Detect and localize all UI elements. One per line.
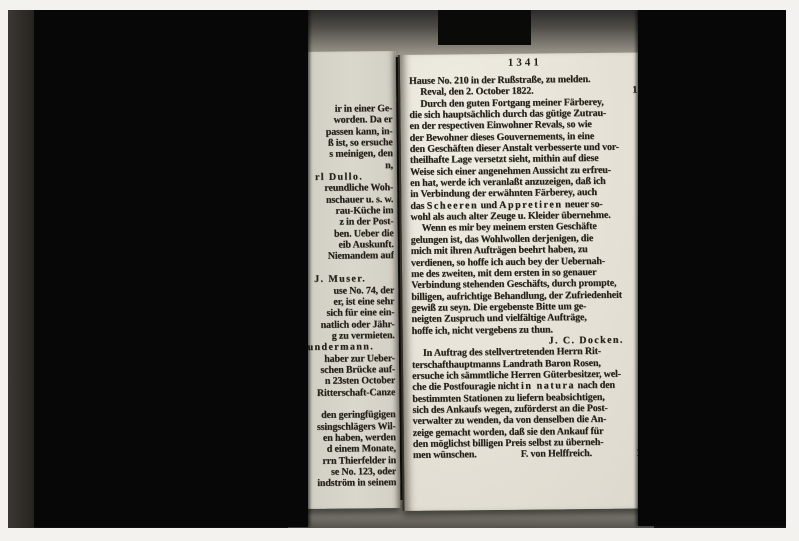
text-line (300, 262, 394, 274)
text-line: d einem Monate, (302, 443, 396, 455)
text-line: n 23sten October (301, 375, 395, 387)
text-line: haber zur Ueber- (301, 353, 395, 365)
text-line: schen Brücke auf- (301, 364, 395, 376)
text-line: indström in seinem (302, 477, 396, 489)
text-line: worden. Da er (298, 114, 392, 126)
text-line: eib Auskunft. (300, 239, 394, 251)
text-line: J. Muser. (300, 273, 394, 285)
text-line: rrn Thierfelder in (302, 455, 396, 467)
text-line: men wünschen.F. von Helffreich.1 (413, 448, 641, 462)
text-line: Niemandem auf (300, 251, 394, 263)
text-line: n, (299, 160, 393, 172)
left-page: ir in einer Ge-worden. Da erpassen kann,… (296, 51, 401, 509)
text-line: undermann. (301, 341, 395, 353)
text-line: se No. 123, oder (302, 466, 396, 478)
text-line: en haben, werden (302, 432, 396, 444)
text-line: ssingschlägers Wil- (302, 421, 396, 433)
right-mask-bar (638, 10, 786, 526)
left-page-text-column: ir in einer Ge-worden. Da erpassen kann,… (298, 103, 396, 504)
text-line: Ritterschaft-Canze (301, 387, 395, 399)
text-line: verdienen, so hoffe ich auch bey der Ueb… (411, 255, 639, 269)
right-page: 1341 Hause No. 210 in der Rußstraße, zu … (398, 52, 655, 511)
film-background: ir in einer Ge-worden. Da erpassen kann,… (8, 10, 786, 528)
text-line: che die Postfouragie nicht in natura nac… (412, 380, 640, 394)
text-line: rau-Küche im (299, 205, 393, 217)
text-line: sich für eine ein- (300, 307, 394, 319)
text-line: rl Dullo. (299, 171, 393, 183)
text-line: ben. Ueber die (300, 228, 394, 240)
text-line (301, 398, 395, 410)
text-line: nschauer u. s. w. (299, 194, 393, 206)
text-line: reundliche Woh- (299, 182, 393, 194)
text-line: z in der Post- (299, 216, 393, 228)
text-line: s meinigen, den (299, 148, 393, 160)
text-line: g zu vermieten. (301, 330, 395, 342)
text-line: use No. 74, der (300, 285, 394, 297)
text-line: ß ist, so ersuche (299, 137, 393, 149)
text-line: passen kann, in- (299, 126, 393, 138)
text-line: den geringfügigen (301, 409, 395, 421)
text-line: natlich oder Jähr- (301, 319, 395, 331)
photo-frame: ir in einer Ge-worden. Da erpassen kann,… (0, 0, 799, 541)
text-line: ir in einer Ge- (298, 103, 392, 115)
right-page-text-column: Hause No. 210 in der Rußstraße, zu melde… (409, 73, 641, 505)
left-mask-bar (34, 10, 308, 527)
text-line: er, ist eine sehr (300, 296, 394, 308)
page-number: 1341 (400, 55, 650, 71)
